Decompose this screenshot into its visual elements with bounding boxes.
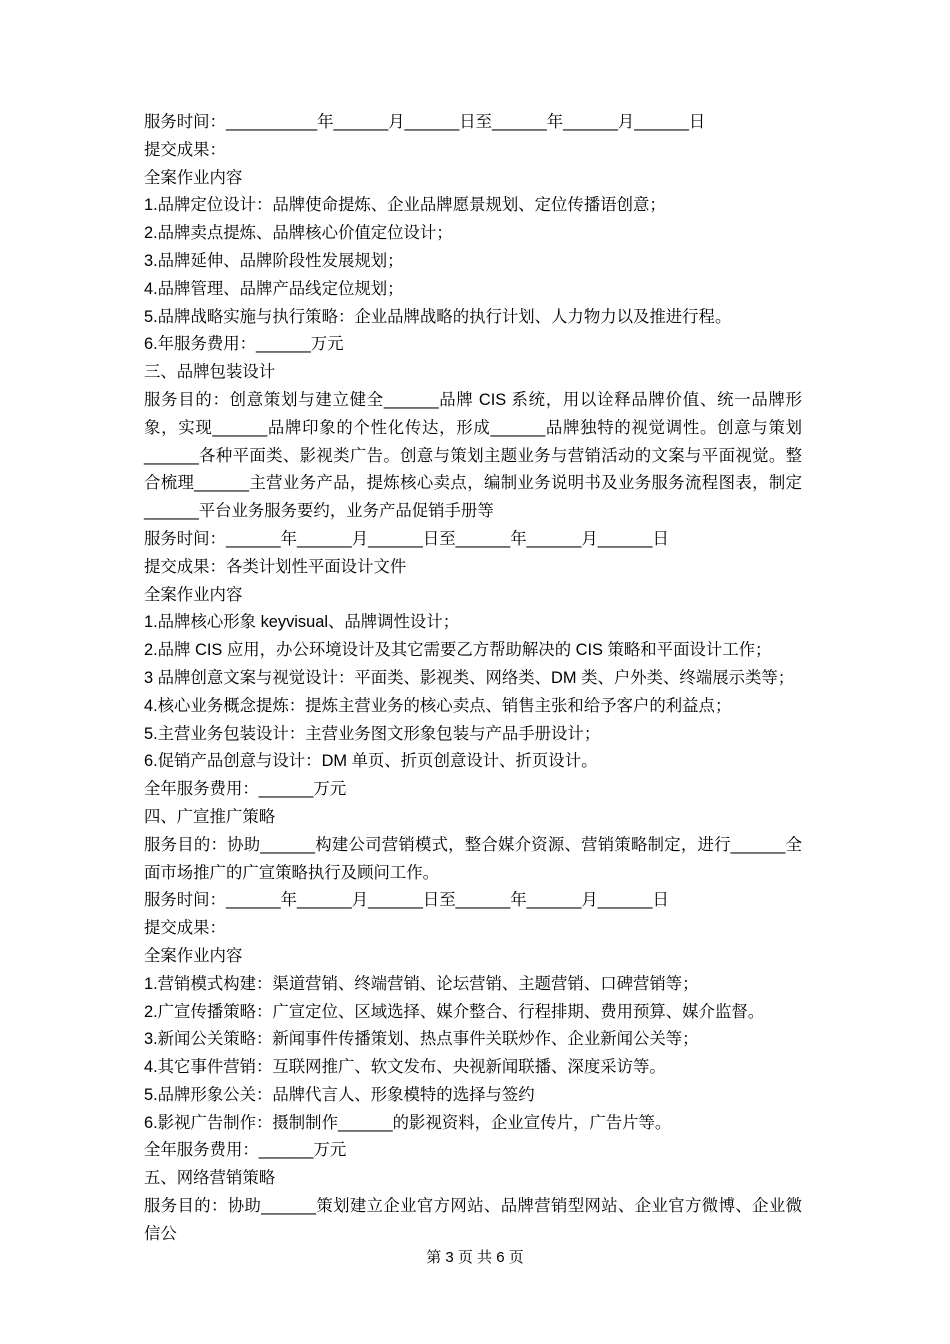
work-item: 5.品牌战略实施与执行策略：企业品牌战略的执行计划、人力物力以及推进行程。 [144, 304, 802, 332]
document-content: 服务时间：__________年______月______日至______年__… [144, 109, 802, 1249]
fee-line: 6.年服务费用：______万元 [144, 331, 802, 359]
work-item: 2.品牌卖点提炼、品牌核心价值定位设计； [144, 220, 802, 248]
page-number-label: 第 3 页 共 6 页 [426, 1249, 524, 1266]
service-purpose-paragraph: 服务目的：协助______策划建立企业官方网站、品牌营销型网站、企业官方微博、企… [144, 1193, 802, 1249]
work-item: 1.品牌定位设计：品牌使命提炼、企业品牌愿景规划、定位传播语创意； [144, 192, 802, 220]
service-purpose-paragraph: 服务目的：协助______构建公司营销模式，整合媒介资源、营销策略制定，进行__… [144, 832, 802, 888]
work-item: 1.营销模式构建：渠道营销、终端营销、论坛营销、主题营销、口碑营销等； [144, 971, 802, 999]
work-item: 6.促销产品创意与设计：DM 单页、折页创意设计、折页设计。 [144, 748, 802, 776]
deliverables-line: 提交成果： [144, 137, 802, 165]
work-item: 1.品牌核心形象 keyvisual、品牌调性设计； [144, 609, 802, 637]
work-content-title: 全案作业内容 [144, 165, 802, 193]
deliverables-line: 提交成果：各类计划性平面设计文件 [144, 554, 802, 582]
work-content-title: 全案作业内容 [144, 582, 802, 610]
work-item: 3.品牌延伸、品牌阶段性发展规划； [144, 248, 802, 276]
document-page: 服务时间：__________年______月______日至______年__… [0, 0, 950, 1344]
work-item: 3.新闻公关策略：新闻事件传播策划、热点事件关联炒作、企业新闻公关等； [144, 1026, 802, 1054]
work-item: 4.其它事件营销：互联网推广、软文发布、央视新闻联播、深度采访等。 [144, 1054, 802, 1082]
work-item: 4.核心业务概念提炼：提炼主营业务的核心卖点、销售主张和给予客户的利益点； [144, 693, 802, 721]
work-item: 2.广宣传播策略：广宣定位、区域选择、媒介整合、行程排期、费用预算、媒介监督。 [144, 999, 802, 1027]
page-footer: 第 3 页 共 6 页 [0, 1248, 950, 1268]
service-time-line: 服务时间：______年______月______日至______年______… [144, 887, 802, 915]
fee-line: 全年服务费用：______万元 [144, 1137, 802, 1165]
work-item: 4.品牌管理、品牌产品线定位规划； [144, 276, 802, 304]
section-heading-brand-packaging: 三、品牌包装设计 [144, 359, 802, 387]
work-item: 3 品牌创意文案与视觉设计：平面类、影视类、网络类、DM 类、户外类、终端展示类… [144, 665, 802, 693]
work-content-title: 全案作业内容 [144, 943, 802, 971]
work-item: 5.品牌形象公关：品牌代言人、形象模特的选择与签约 [144, 1082, 802, 1110]
service-time-line: 服务时间：__________年______月______日至______年__… [144, 109, 802, 137]
work-item: 5.主营业务包装设计：主营业务图文形象包装与产品手册设计； [144, 721, 802, 749]
fee-line: 全年服务费用：______万元 [144, 776, 802, 804]
section-heading-promotion-strategy: 四、广宣推广策略 [144, 804, 802, 832]
work-item: 6.影视广告制作：摄制制作______的影视资料，企业宣传片，广告片等。 [144, 1110, 802, 1138]
deliverables-line: 提交成果： [144, 915, 802, 943]
work-item: 2.品牌 CIS 应用，办公环境设计及其它需要乙方帮助解决的 CIS 策略和平面… [144, 637, 802, 665]
service-time-line: 服务时间：______年______月______日至______年______… [144, 526, 802, 554]
service-purpose-paragraph: 服务目的：创意策划与建立健全______品牌 CIS 系统，用以诠释品牌价值、统… [144, 387, 802, 526]
section-heading-network-marketing: 五、网络营销策略 [144, 1165, 802, 1193]
